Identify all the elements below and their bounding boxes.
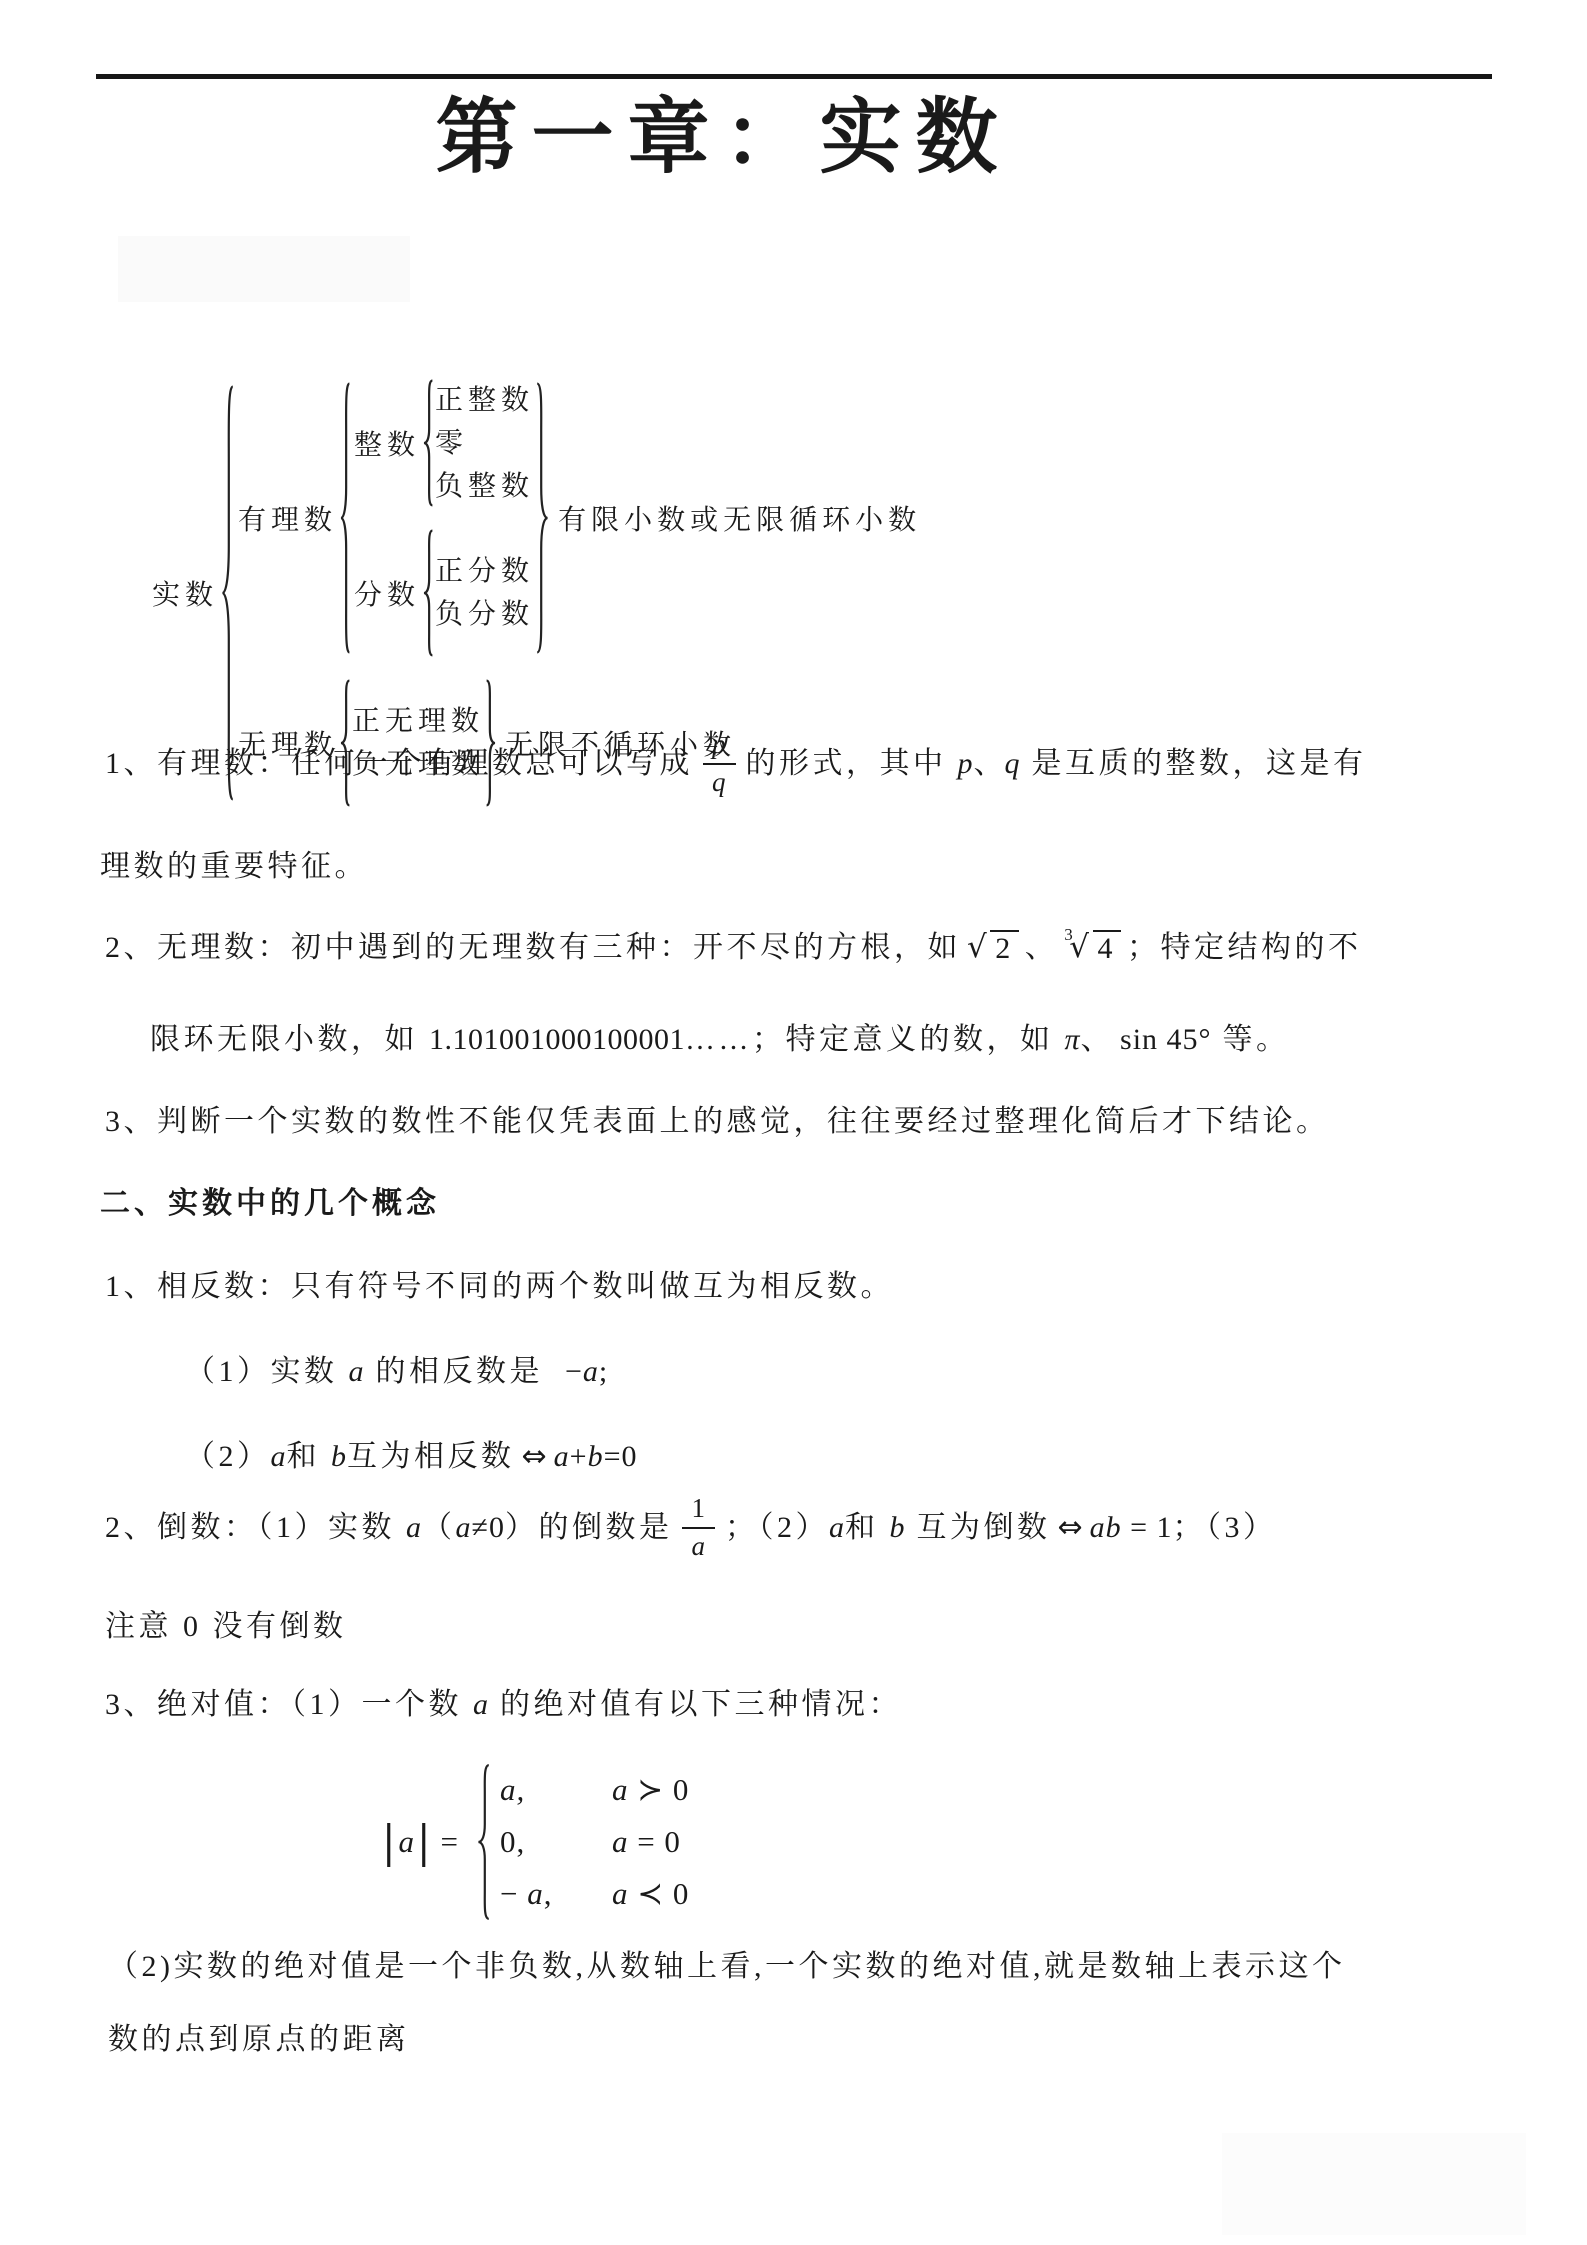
text-segment: ⇔ <box>1050 1510 1089 1545</box>
diagram-rational-row: 有理数 整数 正整数 零 负整数 <box>236 376 921 660</box>
text-segment: ⇔ <box>515 1439 554 1474</box>
text-segment: sin 45° <box>1120 1023 1212 1056</box>
line-judgement-note: 3、判断一个实数的数性不能仅凭表面上的感觉，往往要经过整理化简后才下结论。 <box>105 1100 1330 1144</box>
text-segment: 2、倒数：（1）实数 <box>105 1511 406 1544</box>
line-rational-definition-cont: 理数的重要特征。 <box>100 845 368 889</box>
case-value: a, <box>500 1772 612 1808</box>
case-condition: a = 0 <box>612 1824 689 1860</box>
text-segment: b <box>889 1511 905 1544</box>
text-segment: 和 <box>845 1511 890 1544</box>
text-segment: a <box>406 1511 422 1544</box>
line-irrational-definition-cont: 限环无限小数，如 1.101001000100001……；特定意义的数，如 π、… <box>150 1018 1290 1062</box>
case-condition: a ≺ 0 <box>612 1876 689 1912</box>
text-run: ；特定结构的不 <box>1127 926 1362 970</box>
curly-brace-open <box>422 376 435 510</box>
text-segment: a <box>612 1772 629 1807</box>
text-segment: a <box>349 1355 365 1388</box>
radicand: 2 <box>990 930 1019 967</box>
diagram-rational-label: 有理数 <box>238 498 337 538</box>
line-opposite-item2: （2）a和 b互为相反数⇔a+b=0 <box>185 1435 637 1479</box>
radicand: 4 <box>1093 930 1122 967</box>
text-segment: =0 <box>604 1440 638 1473</box>
fraction-p-over-q: p q <box>703 728 736 800</box>
diagram-item-negative-integer: 负整数 <box>435 465 534 508</box>
line-absolute-value-nonnegative: （2)实数的绝对值是一个非负数,从数轴上看,一个实数的绝对值,就是数轴上表示这个 <box>108 1945 1346 1989</box>
text-segment: a <box>554 1440 570 1473</box>
text-segment: = 1 <box>1122 1511 1173 1544</box>
text-segment: a <box>527 1876 544 1911</box>
text-segment: , <box>544 1876 553 1911</box>
line-irrational-definition: 2、无理数：初中遇到的无理数有三种：开不尽的方根，如 √ 2 、 3 √ 4 ；… <box>105 926 1362 970</box>
line-absolute-value-distance: 数的点到原点的距离 <box>108 2018 410 2062</box>
text-segment: （1）实数 <box>185 1355 349 1388</box>
absolute-value-lhs: | a | = <box>382 1819 468 1865</box>
text-segment: a <box>612 1824 629 1859</box>
text-run: ；（2）a和 b 互为倒数⇔ab = 1；（3） <box>725 1506 1277 1550</box>
text-segment: a <box>583 1355 599 1388</box>
text-segment: 的绝对值有以下三种情况： <box>489 1688 902 1721</box>
diagram-rational-inner-column: 整数 正整数 零 负整数 分数 <box>352 376 534 660</box>
fraction-1-over-a: 1 a <box>682 1492 715 1564</box>
page-title: 第一章：实数 <box>435 72 1011 189</box>
text-segment: = 0 <box>628 1824 680 1859</box>
text-segment: 限环无限小数，如 <box>150 1023 429 1056</box>
text-segment: 0, <box>500 1824 525 1859</box>
section-heading-concepts: 二、实数中的几个概念 <box>100 1182 440 1226</box>
variable-a: a <box>398 1824 414 1860</box>
line-opposite-item1: （1）实数 a 的相反数是 −a; <box>185 1350 608 1394</box>
text-segment: ; <box>599 1355 608 1388</box>
text-run: 、 <box>1025 926 1059 970</box>
text-segment: （ <box>422 1511 456 1544</box>
text-segment: b <box>331 1440 347 1473</box>
case-value: 0, <box>500 1824 612 1860</box>
text-segment: 、 <box>1081 1023 1121 1056</box>
line-reciprocal-note: 注意 0 没有倒数 <box>105 1605 347 1649</box>
diagram-integer-row: 整数 正整数 零 负整数 <box>352 376 534 510</box>
faded-watermark-bottom <box>1222 2133 1526 2235</box>
text-segment: 、 <box>974 747 1005 780</box>
diagram-integer-items: 正整数 零 负整数 <box>435 379 534 508</box>
case-value: − a, <box>500 1876 612 1912</box>
fraction-numerator: p <box>703 728 736 765</box>
equals-sign: = <box>440 1824 457 1860</box>
curly-brace-open <box>476 1760 492 1924</box>
text-segment: 的形式，其中 <box>746 747 958 780</box>
diagram-item-positive-integer: 正整数 <box>435 379 534 422</box>
text-segment: 是互质的整数，这是有 <box>1021 747 1367 780</box>
text-segment: 互为相反数 <box>347 1440 515 1473</box>
text-segment: 等。 <box>1212 1023 1290 1056</box>
text-segment: ；（3） <box>1173 1511 1277 1544</box>
text-segment: ）的倒数是 <box>505 1511 673 1544</box>
diagram-item-zero: 零 <box>435 422 534 465</box>
text-segment: + <box>570 1440 588 1473</box>
sqrt-2: √ 2 <box>967 930 1019 967</box>
text-segment: a <box>271 1440 287 1473</box>
diagram-rational-note: 有限小数或无限循环小数 <box>558 498 921 538</box>
text-segment: 3、绝对值：（1）一个数 <box>105 1688 473 1721</box>
text-segment: ≺ 0 <box>628 1876 689 1911</box>
curly-brace-open <box>422 526 435 660</box>
line-absolute-value-intro: 3、绝对值：（1）一个数 a 的绝对值有以下三种情况： <box>105 1683 902 1727</box>
root-index: 3 <box>1064 925 1076 945</box>
text-segment: − <box>565 1355 583 1388</box>
text-segment: a <box>456 1511 472 1544</box>
cbrt-4: 3 √ 4 <box>1064 930 1121 967</box>
text-segment: 的相反数是 <box>365 1355 566 1388</box>
text-segment: 互为倒数 <box>905 1511 1050 1544</box>
faded-watermark-top <box>118 236 410 302</box>
text-segment: 和 <box>287 1440 332 1473</box>
text-segment: ；（2） <box>725 1511 829 1544</box>
diagram-integer-label: 整数 <box>354 423 420 463</box>
text-segment: 1.101001000100001 <box>429 1023 685 1056</box>
text-run: 2、倒数：（1）实数 a（a≠0）的倒数是 <box>105 1506 672 1550</box>
text-run: 的形式，其中 p、q 是互质的整数，这是有 <box>746 742 1367 786</box>
fraction-numerator: 1 <box>682 1492 715 1529</box>
case-condition: a ≻ 0 <box>612 1772 689 1808</box>
radical-sign: √ <box>967 930 990 966</box>
text-segment: ≻ 0 <box>628 1772 689 1807</box>
text-segment: a <box>829 1511 845 1544</box>
fraction-denominator: q <box>712 765 727 800</box>
text-segment: b <box>588 1440 604 1473</box>
text-segment: a <box>612 1876 629 1911</box>
document-page: 第一章：实数 实数 有理数 整数 <box>0 0 1587 2245</box>
diagram-fraction-items: 正分数 负分数 <box>435 550 534 636</box>
text-segment: a <box>473 1688 489 1721</box>
fraction-denominator: a <box>691 1529 706 1564</box>
text-segment: π <box>1065 1023 1081 1056</box>
vertical-bar: | <box>417 1817 430 1868</box>
diagram-item-negative-fraction: 负分数 <box>435 593 534 636</box>
diagram-root-label: 实数 <box>152 573 218 613</box>
text-segment: ≠0 <box>472 1511 505 1544</box>
text-run: 1、有理数：任何一个有理数总可以写成 <box>105 742 693 786</box>
diagram-item-positive-fraction: 正分数 <box>435 550 534 593</box>
text-run: 2、无理数：初中遇到的无理数有三种：开不尽的方根，如 <box>105 926 961 970</box>
line-opposite-definition: 1、相反数：只有符号不同的两个数叫做互为相反数。 <box>105 1265 894 1309</box>
diagram-fraction-row: 分数 正分数 负分数 <box>352 526 534 660</box>
line-reciprocal-definition: 2、倒数：（1）实数 a（a≠0）的倒数是 1 a ；（2）a和 b 互为倒数⇔… <box>105 1492 1277 1564</box>
text-segment: ab <box>1090 1511 1122 1544</box>
vertical-bar: | <box>382 1817 395 1868</box>
line-rational-definition: 1、有理数：任何一个有理数总可以写成 p q 的形式，其中 p、q 是互质的整数… <box>105 728 1367 800</box>
text-segment: （2） <box>185 1440 271 1473</box>
text-segment: − <box>500 1876 527 1911</box>
curly-brace-close <box>534 376 550 660</box>
text-segment: q <box>1005 747 1021 780</box>
curly-brace-open <box>339 376 352 660</box>
piecewise-cases: a, a ≻ 0 0, a = 0 − a, a ≺ 0 <box>500 1772 689 1912</box>
diagram-fraction-label: 分数 <box>354 573 420 613</box>
absolute-value-formula: | a | = a, a ≻ 0 0, a = 0 − a, a ≺ 0 <box>382 1760 689 1924</box>
text-segment: a, <box>500 1772 525 1807</box>
text-segment: ……；特定意义的数，如 <box>685 1023 1065 1056</box>
text-segment: p <box>958 747 974 780</box>
